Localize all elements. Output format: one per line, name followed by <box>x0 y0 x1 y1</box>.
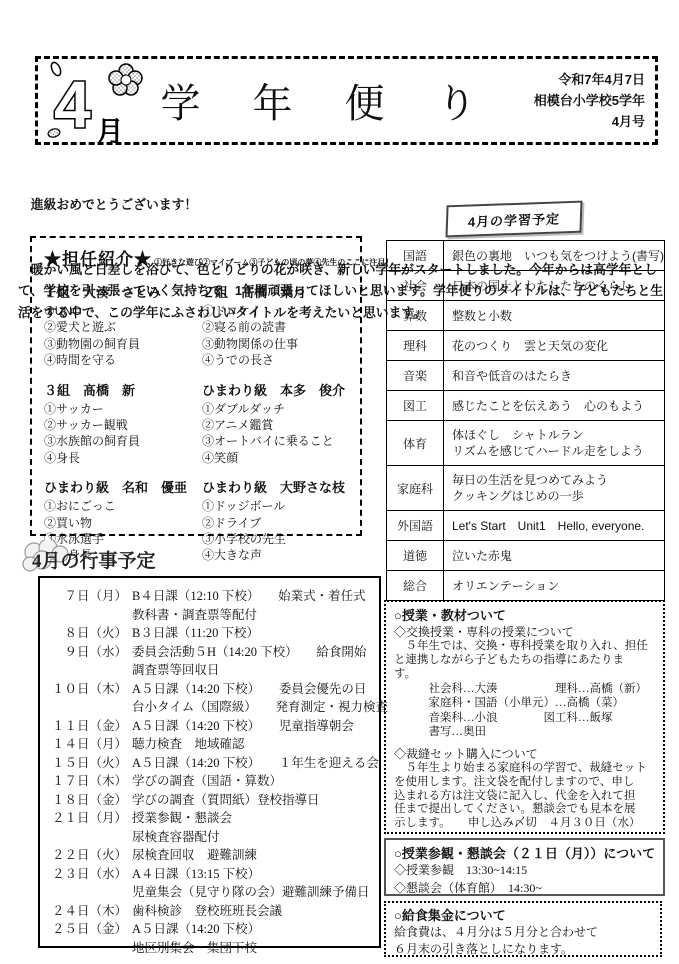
event-text: 地区別集会・集団下校 <box>132 939 257 958</box>
subject-cell: 社会 <box>387 271 444 301</box>
event-row: ２４日（木）歯科検診 登校班班長会議 <box>52 902 375 921</box>
teacher-name: ひまわり級 名和 優亜 <box>44 477 192 496</box>
events-banner: 4月の行事予定 <box>20 540 190 578</box>
event-row: 尿検査容器配付 <box>52 828 375 847</box>
content-cell: 感じたことを伝えあう 心のもよう <box>444 391 665 421</box>
table-row: 理科 花のつくり 雲と天気の変化 <box>387 331 665 361</box>
event-date: １４日（月） <box>52 735 132 754</box>
teacher-item: ③小学校の先生 <box>202 531 350 547</box>
event-row: １４日（月）聴力検査 地域確認 <box>52 735 375 754</box>
issue-number: 4月号 <box>493 111 645 132</box>
school-grade: 相模台小学校5学年 <box>493 90 645 111</box>
event-row: ２３日（水）A４日課（13:15 下校） <box>52 865 375 884</box>
event-text: 学びの調査（質問紙）登校指導日 <box>132 791 320 810</box>
event-text: 尿検査容器配付 <box>132 828 220 847</box>
table-row: 図工 感じたことを伝えあう 心のもよう <box>387 391 665 421</box>
event-date <box>52 661 132 680</box>
lunch-fee-body: 給食費は、４月分は５月分と合わせて ６月末の引き落としになります。 <box>394 924 652 957</box>
teacher-intro-header: ★担任紹介★ ①好きな遊び②マイブーム③子どもの頃の夢④先生のここに注目！ <box>44 245 350 270</box>
teacher-item: ③動物園の飼育員 <box>44 336 192 352</box>
subject-cell: 理科 <box>387 331 444 361</box>
teacher-entry: ３組 髙橋 新 ①サッカー ②サッカー観戦 ③水族館の飼育員 ④身長 <box>44 380 192 467</box>
event-text: 歯科検診 登校班班長会議 <box>132 902 282 921</box>
class-visit-time: ◇授業参観 13:30~14:15 <box>394 862 655 880</box>
teacher-name: ひまわり級 本多 俊介 <box>202 380 350 399</box>
event-date <box>52 698 132 717</box>
event-row: 児童集会（見守り隊の会）避難訓練予備日 <box>52 883 375 902</box>
exchange-lessons-title: ◇交換授業・専科の授業について <box>394 624 655 640</box>
newsletter-title: 学 年 便 り <box>150 72 493 129</box>
event-date <box>52 606 132 625</box>
event-row: ２２日（火）尿検査回収 避難訓練 <box>52 846 375 865</box>
event-date: ８日（火） <box>52 624 132 643</box>
table-row: 外国語 Let's Start Unit1 Hello, everyone. <box>387 511 665 541</box>
event-row: １０日（木）A５日課（14:20 下校） 委員会優先の日 <box>52 680 375 699</box>
subject-cell: 外国語 <box>387 511 444 541</box>
subject-cell: 算数 <box>387 301 444 331</box>
event-row: 地区別集会・集団下校 <box>52 939 375 958</box>
event-date: １７日（木） <box>52 772 132 791</box>
content-cell: 毎日の生活を見つめてみよう クッキングはじめの一歩 <box>444 466 665 511</box>
teacher-item: ②買い物 <box>44 515 192 531</box>
teacher-item: ②愛犬と遊ぶ <box>44 319 192 335</box>
event-row: ２５日（金）A５日課（14:20 下校） <box>52 920 375 939</box>
event-row: 台小タイム（国際級） 発育測定・視力検査 <box>52 698 375 717</box>
event-text: 台小タイム（国際級） 発育測定・視力検査 <box>132 698 388 717</box>
teacher-item: ②ドライブ <box>202 515 350 531</box>
teacher-item: ①ダブルダッチ <box>202 401 350 417</box>
event-date: １０日（木） <box>52 680 132 699</box>
event-row: ２１日（月）授業参観・懇談会 <box>52 809 375 828</box>
exchange-lessons-body: ５年生では、交換・専科授業を取り入れ、担任 と連携しながら子どもたちの指導にあた… <box>394 640 655 682</box>
teacher-item: ④うでの長さ <box>202 352 350 368</box>
sewing-set-body: ５年生より始まる家庭科の学習で、裁縫セット を使用します。注文袋を配付しますので… <box>394 762 655 832</box>
teacher-item: ①ドッジボール <box>202 498 350 514</box>
content-cell: 整数と小数 <box>444 301 665 331</box>
event-date: ２５日（金） <box>52 920 132 939</box>
event-date: ７日（月） <box>52 587 132 606</box>
subject-cell: 体育 <box>387 421 444 466</box>
subject-cell: 家庭科 <box>387 466 444 511</box>
table-row: 算数 整数と小数 <box>387 301 665 331</box>
subject-cell: 図工 <box>387 391 444 421</box>
event-text: B３日課（11:20 下校） <box>132 624 259 643</box>
table-row: 家庭科 毎日の生活を見つめてみよう クッキングはじめの一歩 <box>387 466 665 511</box>
teacher-entry: ひまわり級 大野さな枝 ①ドッジボール ②ドライブ ③小学校の先生 ④大きな声 <box>202 477 350 564</box>
lessons-heading: ○授業・教材ついて <box>394 605 655 624</box>
teacher-name: ２組 髙橋 菜月 <box>202 282 350 301</box>
issue-info: 令和7年4月7日 相模台小学校5学年 4月号 <box>493 69 655 132</box>
teacher-entry: ２組 髙橋 菜月 ①ドロケイ ②寝る前の読書 ③動物関係の仕事 ④うでの長さ <box>202 282 350 369</box>
event-row: ７日（月）B４日課（12:10 下校） 始業式・着任式 <box>52 587 375 606</box>
event-text: 調査票等回収日 <box>132 661 220 680</box>
teacher-item: ④笑顔 <box>202 450 350 466</box>
event-date <box>52 939 132 958</box>
table-row: 社会 日本の国土とわたしたちのくらし <box>387 271 665 301</box>
subject-cell: 国語 <box>387 241 444 271</box>
teacher-item: ②アニメ鑑賞 <box>202 417 350 433</box>
content-cell: 日本の国土とわたしたちのくらし <box>444 271 665 301</box>
event-date: １５日（火） <box>52 754 132 773</box>
teacher-item: ④大きな声 <box>202 547 350 563</box>
event-text: A５日課（14:20 下校） 児童指導朝会 <box>132 717 354 736</box>
event-text: A５日課（14:20 下校） <box>132 920 260 939</box>
subject-cell: 音楽 <box>387 361 444 391</box>
event-date: １８日（金） <box>52 791 132 810</box>
teacher-name: ３組 髙橋 新 <box>44 380 192 399</box>
event-date: ２３日（水） <box>52 865 132 884</box>
event-date: ２４日（木） <box>52 902 132 921</box>
event-row: １１日（金）A５日課（14:20 下校） 児童指導朝会 <box>52 717 375 736</box>
content-cell: Let's Start Unit1 Hello, everyone. <box>444 511 665 541</box>
events-schedule-box: ７日（月）B４日課（12:10 下校） 始業式・着任式 教科書・調査票等配付 ８… <box>38 576 381 948</box>
class-visit-heading: ○授業参観・懇談会（２１日（月））について <box>394 843 655 862</box>
teacher-item: ④身長 <box>44 450 192 466</box>
event-text: 授業参観・懇談会 <box>132 809 232 828</box>
content-cell: 花のつくり 雲と天気の変化 <box>444 331 665 361</box>
subject-cell: 道徳 <box>387 541 444 571</box>
table-row: 総合 オリエンテーション <box>387 571 665 601</box>
teacher-item: ①ドロケイ <box>202 303 350 319</box>
event-row: １５日（火）A５日課（14:20 下校） １年生を迎える会 <box>52 754 375 773</box>
teacher-intro-legend: ①好きな遊び②マイブーム③子どもの頃の夢④先生のここに注目！ <box>154 257 393 270</box>
event-text: 学びの調査（国語・算数） <box>132 772 282 791</box>
teacher-grid: １組 大湊 さとみ ①UNO ②愛犬と遊ぶ ③動物園の飼育員 ④時間を守る ２組… <box>44 282 350 564</box>
teacher-item: ②サッカー観戦 <box>44 417 192 433</box>
subject-cell: 総合 <box>387 571 444 601</box>
april-logo-icon: 4 月 <box>38 59 150 143</box>
content-cell: 泣いた赤鬼 <box>444 541 665 571</box>
teacher-item: ③動物関係の仕事 <box>202 336 350 352</box>
april-logo: 4 月 <box>38 59 150 143</box>
teacher-name: ひまわり級 大野さな枝 <box>202 477 350 496</box>
event-date: １１日（金） <box>52 717 132 736</box>
table-row: 国語 銀色の裏地 いつも気をつけよう(書写) <box>387 241 665 271</box>
cherry-blossom-icon <box>109 64 142 95</box>
teacher-entry: １組 大湊 さとみ ①UNO ②愛犬と遊ぶ ③動物園の飼育員 ④時間を守る <box>44 282 192 369</box>
teacher-intro-box: ★担任紹介★ ①好きな遊び②マイブーム③子どもの頃の夢④先生のここに注目！ １組… <box>30 236 362 536</box>
event-row: 教科書・調査票等配付 <box>52 606 375 625</box>
issue-date: 令和7年4月7日 <box>493 69 645 90</box>
event-text: A４日課（13:15 下校） <box>132 865 260 884</box>
logo-month-kanji: 月 <box>96 116 124 143</box>
event-date: ２１日（月） <box>52 809 132 828</box>
sewing-set-title: ◇裁縫セット購入について <box>394 746 655 762</box>
events-banner-text: 4月の行事予定 <box>32 549 156 572</box>
lessons-materials-box: ○授業・教材ついて ◇交換授業・専科の授業について ５年生では、交換・専科授業を… <box>384 600 665 834</box>
table-row: 道徳 泣いた赤鬼 <box>387 541 665 571</box>
event-row: ８日（火）B３日課（11:20 下校） <box>52 624 375 643</box>
event-date <box>52 828 132 847</box>
teacher-name: １組 大湊 さとみ <box>44 282 192 301</box>
lunch-fee-box: ○給食集金について 給食費は、４月分は５月分と合わせて ６月末の引き落としになり… <box>384 901 662 957</box>
content-cell: オリエンテーション <box>444 571 665 601</box>
lunch-fee-heading: ○給食集金について <box>394 905 652 924</box>
teacher-item: ①サッカー <box>44 401 192 417</box>
event-text: 児童集会（見守り隊の会）避難訓練予備日 <box>132 883 370 902</box>
logo-month-digit: 4 <box>54 67 91 141</box>
teacher-item: ①おにごっこ <box>44 498 192 514</box>
event-row: １８日（金）学びの調査（質問紙）登校指導日 <box>52 791 375 810</box>
event-date: ９日（水） <box>52 643 132 662</box>
event-text: 委員会活動５H（14:20 下校） 給食開始 <box>132 643 366 662</box>
table-row: 音楽 和音や低音のはたらき <box>387 361 665 391</box>
newsletter-page: 4 月 学 年 便 り 令和7年4月7日 相模台小学校5学年 4月号 進級おめで… <box>0 0 679 964</box>
event-date <box>52 883 132 902</box>
teacher-entry: ひまわり級 本多 俊介 ①ダブルダッチ ②アニメ鑑賞 ③オートバイに乗ること ④… <box>202 380 350 467</box>
study-plan-table: 国語 銀色の裏地 いつも気をつけよう(書写) 社会 日本の国土とわたしたちのくら… <box>386 240 665 601</box>
event-date: ２２日（火） <box>52 846 132 865</box>
teacher-item: ③水族館の飼育員 <box>44 433 192 449</box>
event-text: A５日課（14:20 下校） 委員会優先の日 <box>132 680 366 699</box>
teacher-item: ②寝る前の読書 <box>202 319 350 335</box>
meeting-time: ◇懇談会（体育館） 14:30~ <box>394 880 655 898</box>
content-cell: 銀色の裏地 いつも気をつけよう(書写) <box>444 241 665 271</box>
masthead: 4 月 学 年 便 り 令和7年4月7日 相模台小学校5学年 4月号 <box>35 56 658 145</box>
teacher-intro-title: ★担任紹介★ <box>44 245 152 270</box>
event-text: 教科書・調査票等配付 <box>132 606 257 625</box>
content-cell: 和音や低音のはたらき <box>444 361 665 391</box>
study-plan-banner: 4月の学習予定 <box>445 201 582 238</box>
subject-teacher-assignments: 社会科…大湊 理科…高橋（新） 家庭科・国語（小単元）…高橋（菜） 音楽科…小浪… <box>394 682 655 740</box>
content-cell: 体ほぐし シャトルラン リズムを感じてハードル走をしよう <box>444 421 665 466</box>
event-text: B４日課（12:10 下校） 始業式・着任式 <box>132 587 366 606</box>
event-text: 聴力検査 地域確認 <box>132 735 245 754</box>
event-row: １７日（木）学びの調査（国語・算数） <box>52 772 375 791</box>
class-visit-box: ○授業参観・懇談会（２１日（月））について ◇授業参観 13:30~14:15 … <box>384 838 665 896</box>
teacher-item: ④時間を守る <box>44 352 192 368</box>
event-row: 調査票等回収日 <box>52 661 375 680</box>
event-text: A５日課（14:20 下校） １年生を迎える会 <box>132 754 379 773</box>
table-row: 体育 体ほぐし シャトルラン リズムを感じてハードル走をしよう <box>387 421 665 466</box>
teacher-item: ①UNO <box>44 303 192 319</box>
event-row: ９日（水）委員会活動５H（14:20 下校） 給食開始 <box>52 643 375 662</box>
event-text: 尿検査回収 避難訓練 <box>132 846 257 865</box>
teacher-item: ③オートバイに乗ること <box>202 433 350 449</box>
